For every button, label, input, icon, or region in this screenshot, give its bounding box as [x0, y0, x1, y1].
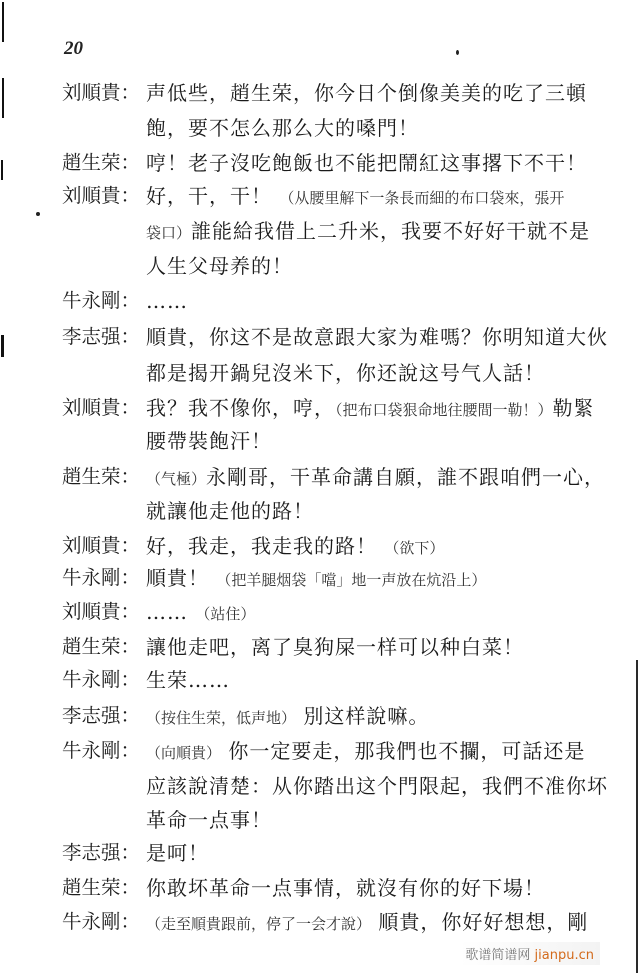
- dialogue-wrap: 好，我走，我走我的路！ （欲下）: [146, 531, 444, 563]
- speaker-name: 刘順貴：: [62, 597, 146, 627]
- scan-margin-mark: [1, 160, 3, 180]
- stage-direction: （把布口袋狠命地往腰間一勒！）: [335, 401, 553, 419]
- dialogue-text: 飽，要不怎么那么大的嗓門！: [146, 113, 419, 143]
- speaker-name: 牛永剛：: [62, 907, 146, 937]
- dialogue-text: 革命一点事！: [146, 805, 272, 835]
- stage-direction: （站住）: [195, 605, 255, 623]
- dialogue-text: 好，我走，我走我的路！: [146, 534, 377, 558]
- stage-direction: （把羊腿烟袋「噹」地一声放在炕沿上）: [216, 571, 486, 589]
- stage-direction: （气極）: [146, 470, 206, 488]
- scan-margin-mark: [1, 335, 4, 357]
- dialogue-text: 好，干，干！: [146, 184, 272, 208]
- speaker-name: 趙生荣：: [62, 873, 146, 903]
- scan-right-edge: [636, 660, 638, 973]
- dialogue-wrap: 好，干，干！ （从腰里解下一条長而細的布口袋來，張开: [146, 181, 564, 213]
- speaker-name: 牛永剛：: [62, 563, 146, 593]
- dialogue-text: 你敢坏革命一点事情，就沒有你的好下場！: [146, 873, 545, 903]
- dialogue-wrap: 我？我不像你，哼，（把布口袋狠命地往腰間一勒！）勒緊: [146, 393, 595, 425]
- speaker-name: 趙生荣：: [62, 148, 146, 178]
- stage-direction: （走至順貴跟前，停了一会才說）: [146, 915, 371, 933]
- site-watermark: 歌谱简谱网 jianpu.cn: [459, 942, 600, 965]
- dialogue-text: 誰能給我借上二升米，我要不好好干就不是: [191, 219, 590, 243]
- scan-margin-mark: [2, 2, 4, 42]
- dialogue-text: 順貴，你好好想想，剛: [378, 910, 588, 934]
- dialogue-text: 腰帶裝飽汗！: [146, 426, 272, 456]
- stage-direction: 袋口）: [146, 224, 191, 242]
- watermark-domain: jianpu.cn: [535, 948, 594, 963]
- dialogue-wrap: （走至順貴跟前，停了一会才說） 順貴，你好好想想，剛: [146, 907, 588, 939]
- dialogue-text: 我？我不像你，哼，: [146, 396, 335, 420]
- dialogue-text: 就讓他走他的路！: [146, 496, 314, 526]
- watermark-site-name: 歌谱简谱网: [465, 948, 530, 963]
- speaker-name: 刘順貴：: [62, 78, 146, 108]
- speaker-name: 牛永剛：: [62, 665, 146, 695]
- dialogue-text: 別这样說嘛。: [303, 704, 429, 728]
- stage-direction: （按住生荣，低声地）: [146, 709, 296, 727]
- stage-direction: （欲下）: [384, 539, 444, 557]
- dialogue-text: 哼！老子沒吃飽飯也不能把鬧紅这事撂下不干！: [146, 148, 587, 178]
- dialogue-wrap: （向順貴） 你一定要走，那我們也不攔，可話还是: [146, 736, 585, 768]
- dialogue-text: 順貴！: [146, 566, 209, 590]
- dialogue-text: 都是揭开鍋兒沒米下，你还說这号气人話！: [146, 358, 545, 388]
- dialogue-text: 讓他走吧，离了臭狗屎一样可以种白菜！: [146, 632, 524, 662]
- dialogue-text: 是呵！: [146, 838, 209, 868]
- speaker-name: 刘順貴：: [62, 531, 146, 561]
- dialogue-wrap: （按住生荣，低声地） 別这样說嘛。: [146, 701, 429, 733]
- scan-speck: [456, 50, 459, 55]
- speaker-name: 李志强：: [62, 701, 146, 731]
- speaker-name: 趙生荣：: [62, 462, 146, 492]
- stage-direction: （从腰里解下一条長而細的布口袋來，張开: [279, 189, 564, 207]
- dialogue-wrap: 袋口）誰能給我借上二升米，我要不好好干就不是: [146, 216, 590, 248]
- dialogue-text: 永剛哥，干革命講自願，誰不跟咱們一心，: [206, 465, 605, 489]
- speaker-name: 刘順貴：: [62, 393, 146, 423]
- speaker-name: 牛永剛：: [62, 736, 146, 766]
- dialogue-wrap: （气極）永剛哥，干革命講自願，誰不跟咱們一心，: [146, 462, 605, 494]
- dialogue-text: 生荣……: [146, 665, 230, 695]
- dialogue-wrap: 順貴！ （把羊腿烟袋「噹」地一声放在炕沿上）: [146, 563, 486, 595]
- page-number: 20: [64, 38, 83, 60]
- dialogue-text: 你一定要走，那我們也不攔，可話还是: [228, 739, 585, 763]
- scan-speck: [36, 212, 40, 216]
- stage-direction: （向順貴）: [146, 744, 221, 762]
- dialogue-text: ……: [146, 286, 188, 316]
- speaker-name: 李志强：: [62, 838, 146, 868]
- dialogue-wrap: …… （站住）: [146, 597, 255, 629]
- scan-margin-mark: [2, 78, 4, 118]
- dialogue-text: 人生父母养的！: [146, 251, 293, 281]
- dialogue-text: ……: [146, 600, 188, 624]
- speaker-name: 李志强：: [62, 322, 146, 352]
- dialogue-text: 順貴，你这不是故意跟大家为难嗎？你明知道大伙: [146, 322, 608, 352]
- speaker-name: 牛永剛：: [62, 286, 146, 316]
- dialogue-text: 勒緊: [553, 396, 595, 420]
- speaker-name: 趙生荣：: [62, 632, 146, 662]
- dialogue-text: 应該說清楚：从你踏出这个門限起，我們不准你坏: [146, 771, 608, 801]
- dialogue-text: 声低些，趙生荣，你今日个倒像美美的吃了三頓: [146, 78, 587, 108]
- speaker-name: 刘順貴：: [62, 181, 146, 211]
